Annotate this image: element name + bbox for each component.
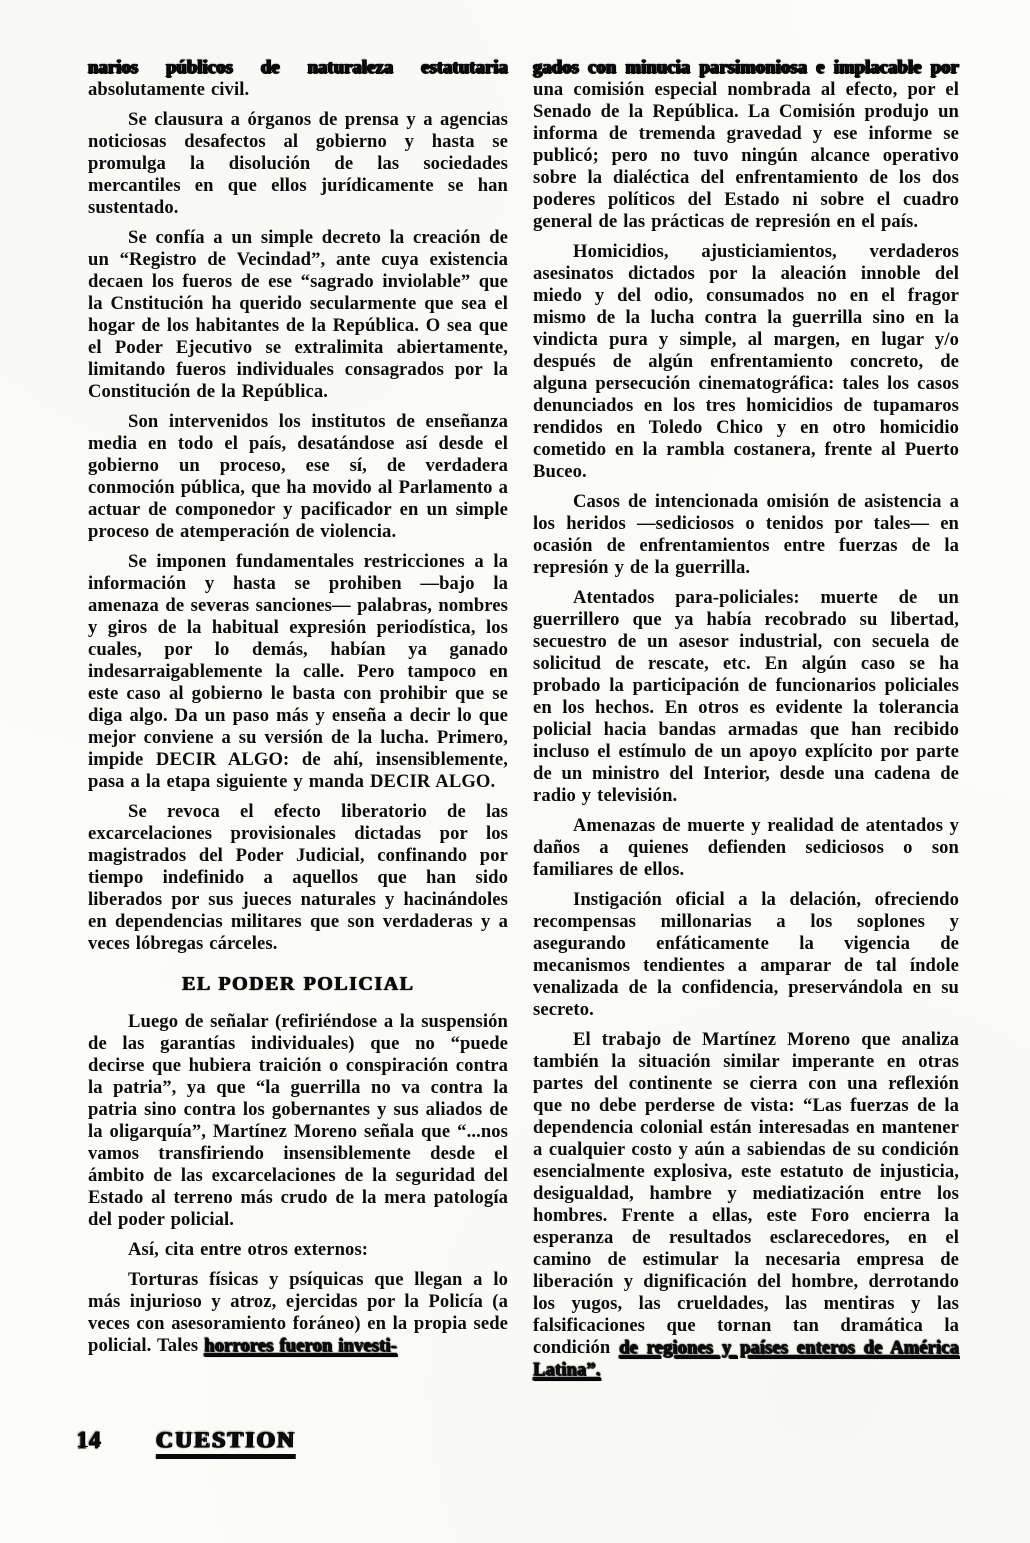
- paragraph-text: El trabajo de Martínez Moreno que analiz…: [533, 1029, 959, 1358]
- paragraph: Se clausura a órganos de prensa y a agen…: [88, 109, 508, 219]
- paragraph: El trabajo de Martínez Moreno que analiz…: [533, 1029, 959, 1381]
- paragraph: Atentados para-policiales: muerte de un …: [533, 587, 959, 807]
- paragraph: Luego de señalar (refiriéndose a la susp…: [88, 1011, 508, 1231]
- page-number: 14: [76, 1427, 101, 1453]
- right-column: gados con minucia parsimoniosa e implaca…: [533, 57, 959, 1389]
- left-column: narios públicos de naturaleza estatutari…: [88, 57, 508, 1365]
- paragraph: Son intervenidos los institutos de enseñ…: [88, 411, 508, 543]
- paragraph: Homicidios, ajusticiamientos, verdaderos…: [533, 241, 959, 483]
- paragraph: Instigación oficial a la delación, ofrec…: [533, 889, 959, 1021]
- paragraph: Casos de intencionada omisión de asisten…: [533, 491, 959, 579]
- section-heading-el-poder-policial: EL PODER POLICIAL: [88, 973, 508, 995]
- paragraph: gados con minucia parsimoniosa e implaca…: [533, 57, 959, 233]
- paragraph: narios públicos de naturaleza estatutari…: [88, 57, 508, 101]
- paragraph: Torturas físicas y psíquicas que llegan …: [88, 1269, 508, 1357]
- paragraph: Se imponen fundamentales restricciones a…: [88, 551, 508, 793]
- paragraph: Así, cita entre otros externos:: [88, 1239, 508, 1261]
- paragraph: Amenazas de muerte y realidad de atentad…: [533, 815, 959, 881]
- smudged-text: horrores fueron investi-: [204, 1335, 397, 1356]
- scanned-page-background: narios públicos de naturaleza estatutari…: [0, 0, 1030, 1543]
- paragraph: Se revoca el efecto liberatorio de las e…: [88, 801, 508, 955]
- paragraph: Se confía a un simple decreto la creació…: [88, 227, 508, 403]
- magazine-title: CUESTION: [155, 1427, 296, 1459]
- page-footer: 14 CUESTION: [76, 1427, 296, 1459]
